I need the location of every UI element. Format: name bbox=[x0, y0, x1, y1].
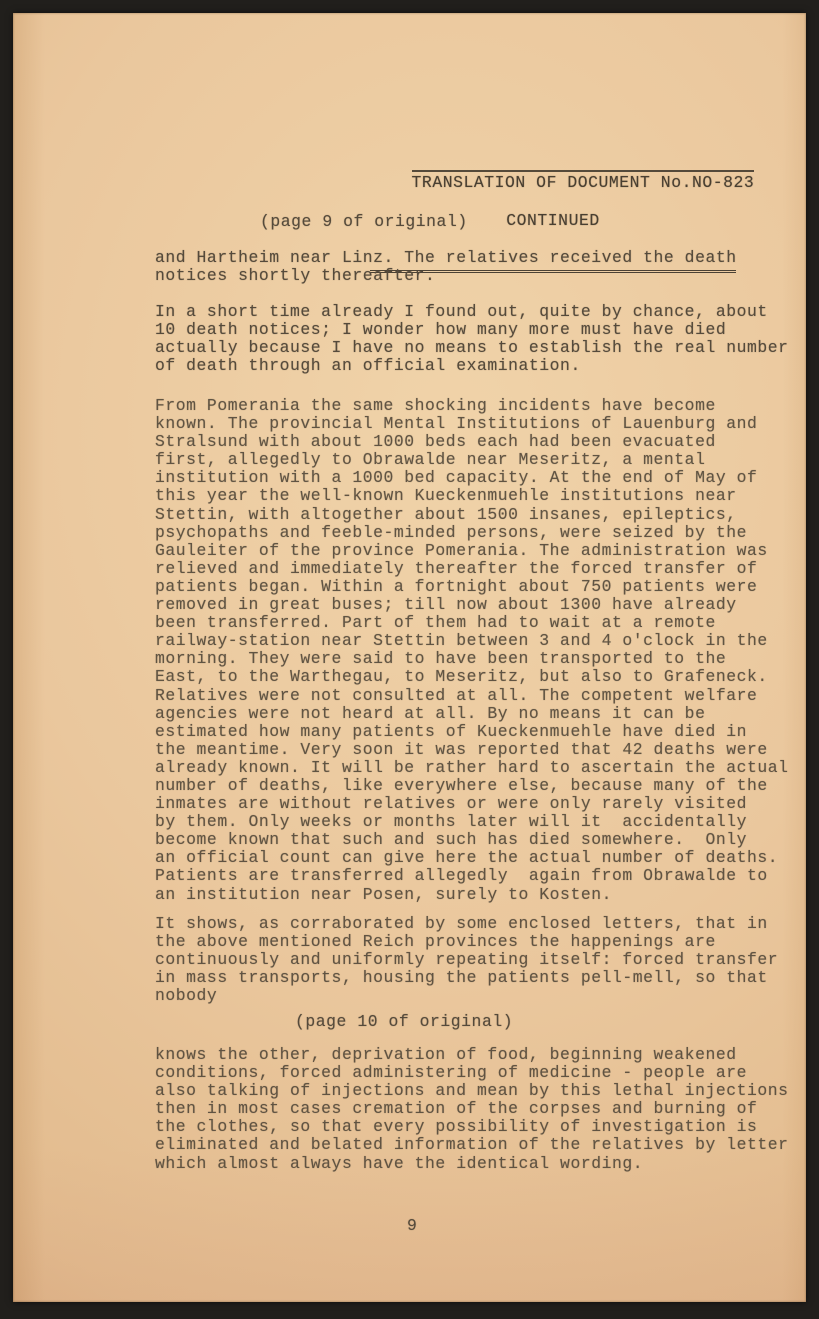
document-title: TRANSLATION OF DOCUMENT No.NO-823 bbox=[412, 170, 755, 192]
paragraph-3: From Pomerania the same shocking inciden… bbox=[155, 397, 789, 904]
paragraph-5: knows the other, deprivation of food, be… bbox=[155, 1046, 789, 1173]
paragraph-2: In a short time already I found out, qui… bbox=[155, 303, 789, 375]
paragraph-1: and Hartheim near Linz. The relatives re… bbox=[155, 249, 737, 285]
page-9-marker: (page 9 of original) bbox=[260, 213, 468, 231]
document-page: TRANSLATION OF DOCUMENT No.NO-823 CONTIN… bbox=[13, 13, 806, 1302]
paragraph-4: It shows, as corraborated by some enclos… bbox=[155, 915, 778, 1005]
page-number: 9 bbox=[407, 1216, 417, 1235]
page-10-marker: (page 10 of original) bbox=[295, 1013, 513, 1031]
